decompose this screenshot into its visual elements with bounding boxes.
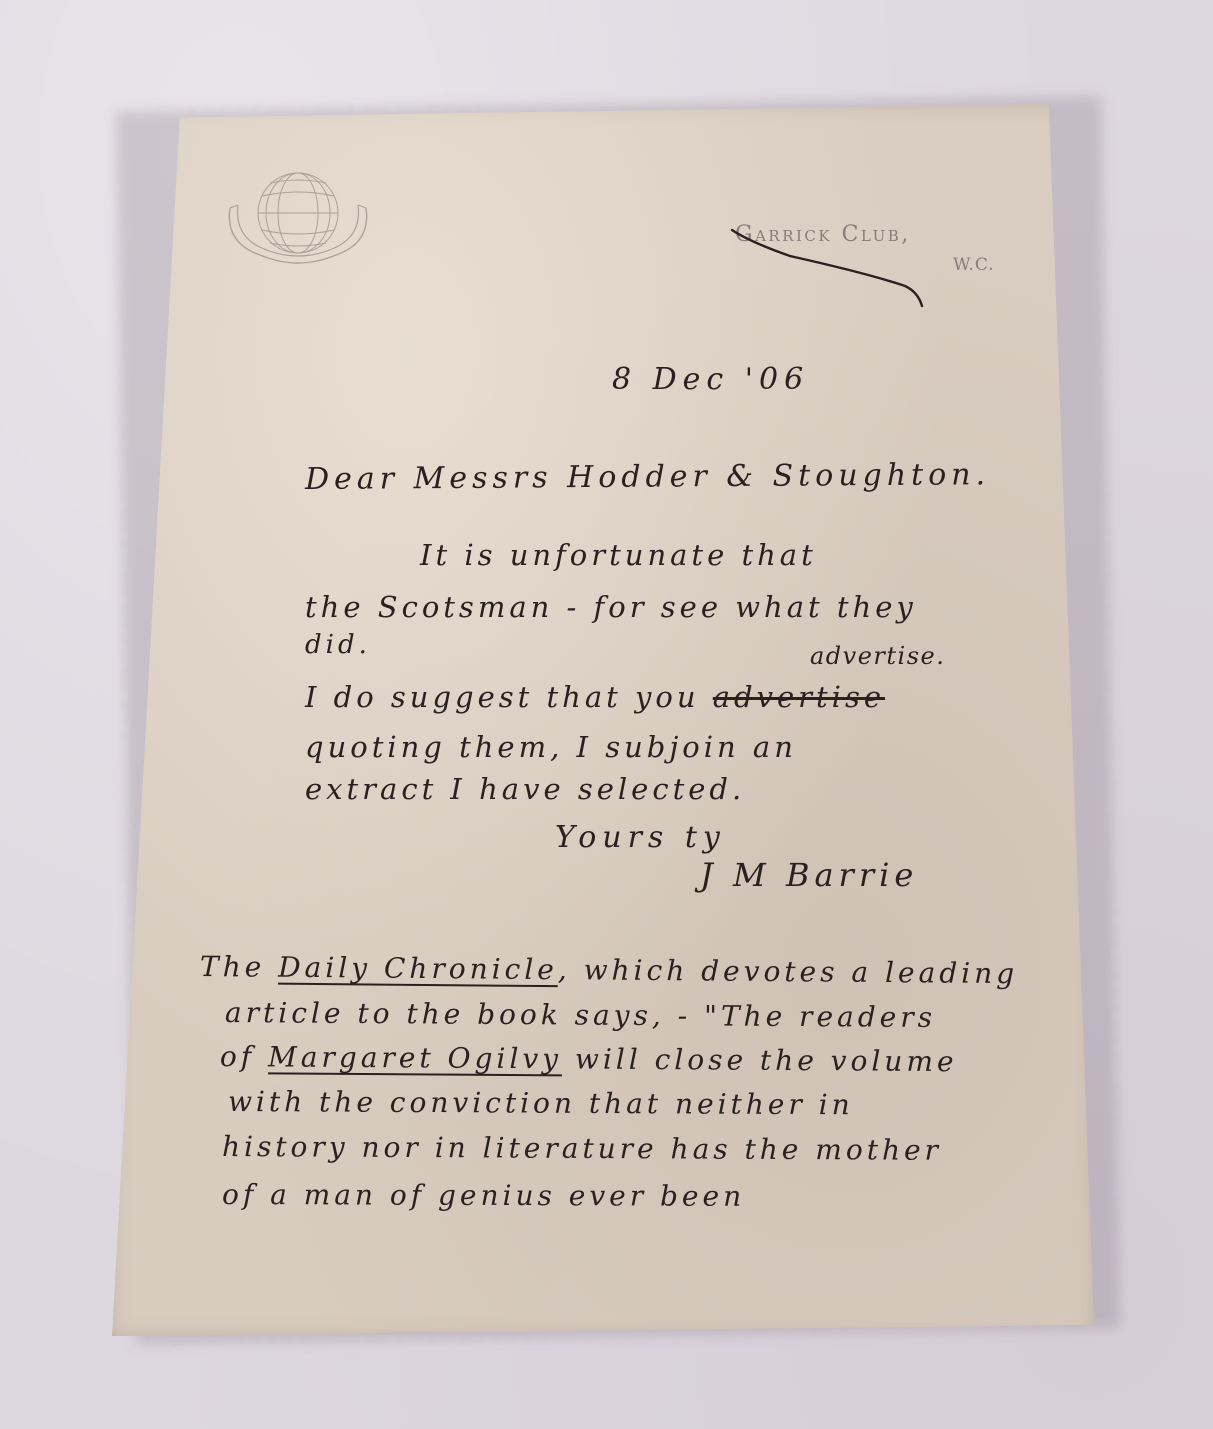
newspaper-title: Daily Chronicle: [278, 951, 558, 986]
body-line: extract I have selected.: [305, 772, 745, 806]
postscript-line: of a man of genius ever been: [222, 1178, 745, 1213]
postscript-text: with the conviction that neither in: [228, 1085, 854, 1121]
postscript-line: article to the book says, - "The readers: [225, 996, 936, 1034]
globe-crest-icon: [220, 163, 375, 271]
body-line: did.: [305, 630, 371, 660]
postscript-text: history nor in literature has the mother: [222, 1130, 942, 1167]
struck-word: advertise: [713, 680, 885, 714]
salutation: Dear Messrs Hodder & Stoughton.: [305, 457, 990, 497]
postscript-text: of: [220, 1040, 268, 1073]
postscript-line: of Margaret Ogilvy will close the volume: [220, 1040, 958, 1078]
postscript-line: history nor in literature has the mother: [222, 1130, 942, 1167]
postscript-line: with the conviction that neither in: [228, 1085, 854, 1121]
postscript-text: The: [200, 950, 278, 984]
body-line: It is unfortunate that: [420, 538, 817, 572]
signature: J M Barrie: [700, 856, 918, 894]
body-line: I do suggest that you advertise: [305, 680, 885, 714]
postscript-text: , which devotes a leading: [558, 953, 1019, 990]
postscript-text: will close the volume: [562, 1042, 958, 1078]
letterhead-address: W.C.: [953, 255, 995, 275]
postscript-text: of a man of genius ever been: [222, 1178, 745, 1213]
letter-date: 8 Dec '06: [612, 362, 809, 397]
body-line: the Scotsman - for see what they: [305, 590, 917, 624]
book-title: Margaret Ogilvy: [268, 1040, 562, 1075]
body-line: quoting them, I subjoin an: [305, 730, 797, 764]
inserted-correction: advertise.: [810, 642, 945, 670]
postscript-text: article to the book says, - "The readers: [225, 996, 936, 1034]
strike-through-mark: [730, 220, 930, 310]
closing: Yours ty: [555, 820, 726, 855]
body-line-text: I do suggest that you: [305, 680, 700, 714]
